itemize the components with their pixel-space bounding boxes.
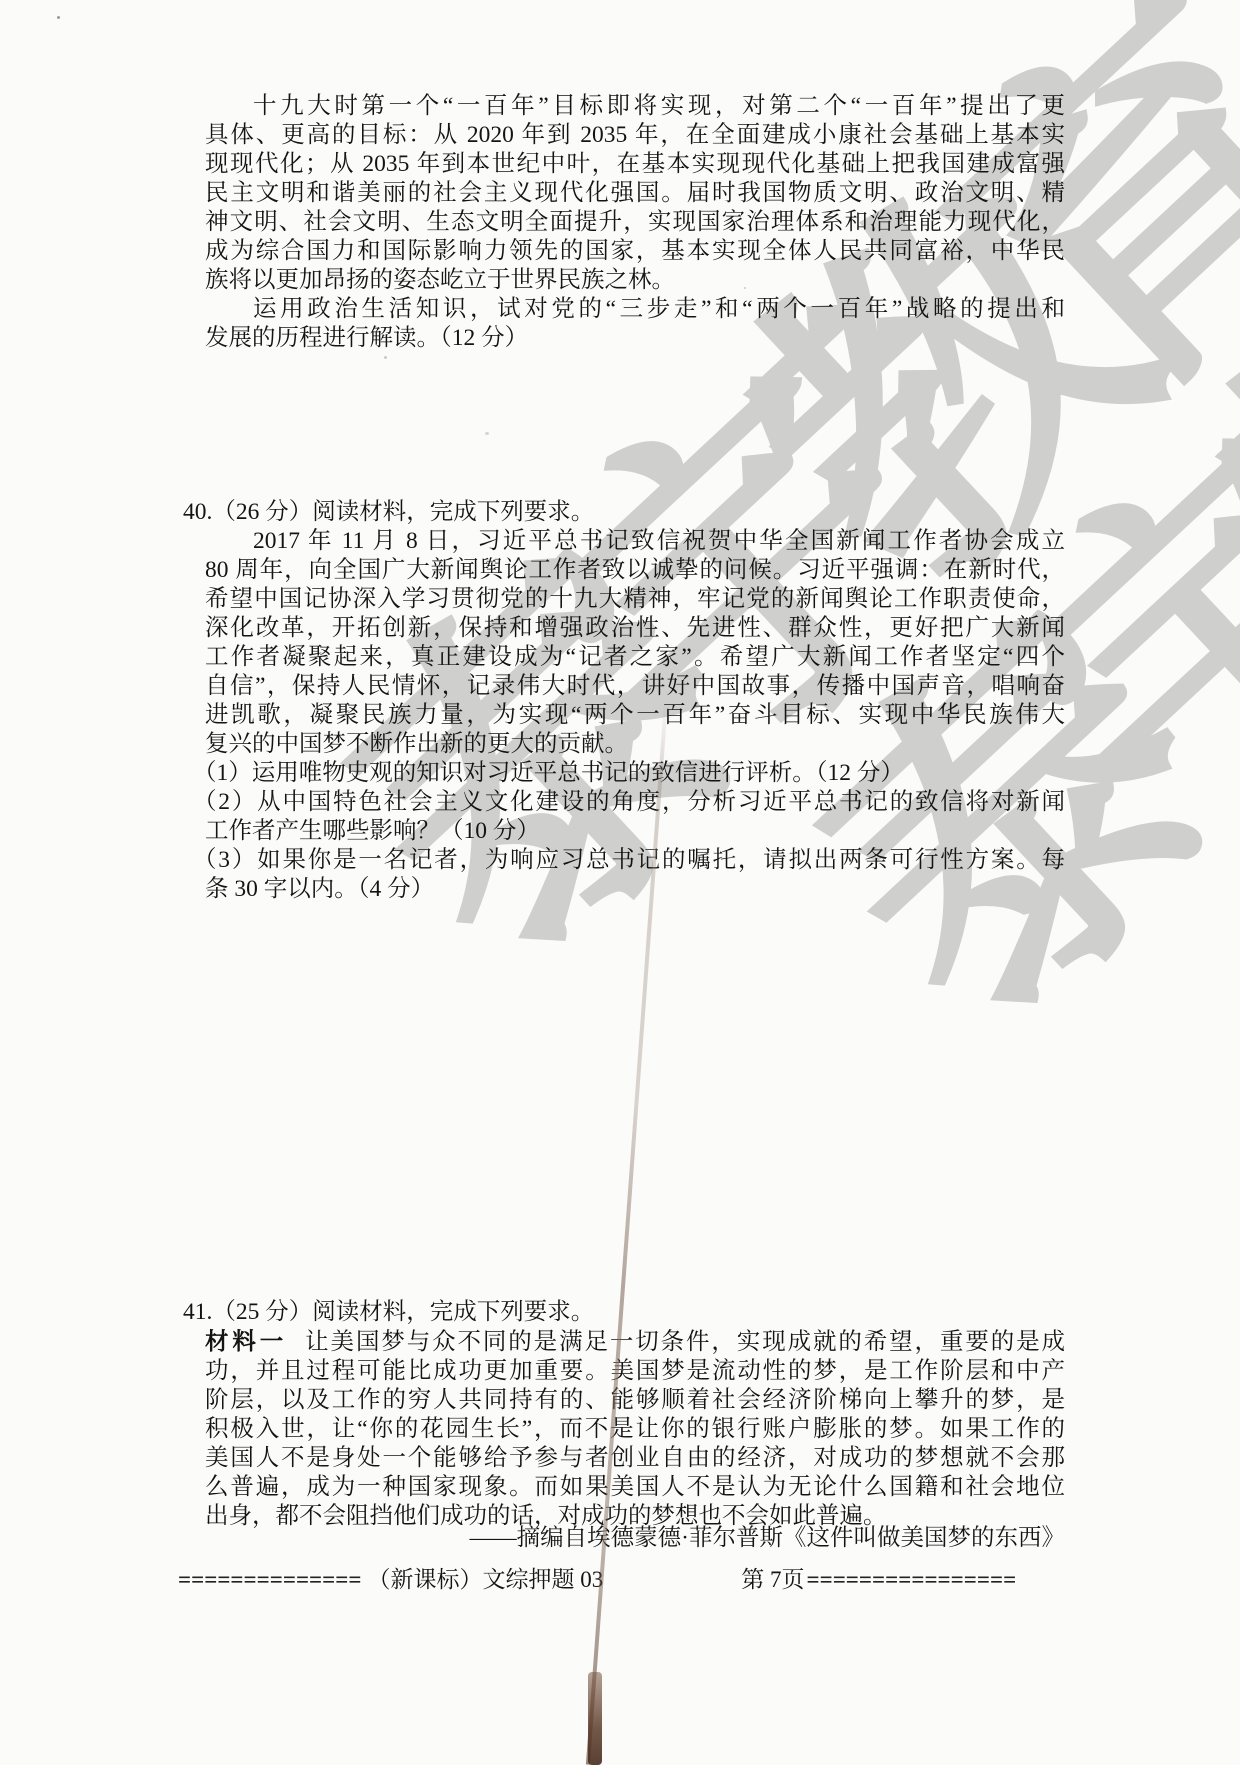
text-line: （2）从中国特色社会主义文化建设的角度，分析习近平总书记的致信将对新闻 [193,788,1065,817]
text-line: 功，并且过程可能比成功更加重要。美国梦是流动性的梦，是工作阶层和中产 [205,1357,1065,1386]
text-line: （1）运用唯物史观的知识对习近平总书记的致信进行评析。（12 分） [193,759,1065,788]
question-41-heading: 41.（25 分）阅读材料，完成下列要求。 [183,1298,1065,1327]
text-line: 自信”，保持人民情怀，记录伟大时代，讲好中国故事，传播中国声音，唱响奋 [205,672,1065,701]
text-line: 工作者凝聚起来，真正建设成为“记者之家”。希望广大新闻工作者坚定“四个 [205,643,1065,672]
intro-paragraph: 十九大时第一个“一百年”目标即将实现，对第二个“一百年”提出了更具体、更高的目标… [205,92,1065,353]
question-40-heading: 40.（26 分）阅读材料，完成下列要求。 [183,498,1065,527]
footer-left-rule: ============== [178,1566,361,1594]
text-line: 民主文明和谐美丽的社会主义现代化强国。届时我国物质文明、政治文明、精 [205,179,1065,208]
text-line: 阶层，以及工作的穷人共同持有的、能够顺着社会经济阶梯向上攀升的梦，是 [205,1386,1065,1415]
material-one-first-line: 材料一让美国梦与众不同的是满足一切条件，实现成就的希望，重要的是成 [205,1327,1065,1357]
text-line: 神文明、社会文明、生态文明全面提升，实现国家治理体系和治理能力现代化， [205,208,1065,237]
footer-exam-label: （新课标）文综押题 03 [367,1566,603,1594]
text-line: 族将以更加昂扬的姿态屹立于世界民族之林。 [205,266,1065,295]
scan-crease-dark-blob [588,1672,602,1765]
text-line: 积极入世，让“你的花园生长”，而不是让你的银行账户膨胀的梦。如果工作的 [205,1415,1065,1444]
text-line: 条 30 字以内。（4 分） [205,875,1065,904]
text-line: （3）如果你是一名记者，为响应习总书记的嘱托，请拟出两条可行性方案。每 [193,846,1065,875]
text-line: 美国人不是身处一个能够给予参与者创业自由的经济，对成功的梦想就不会那 [205,1444,1065,1473]
material-one-label: 材料一 [205,1327,287,1355]
text-line: 么普遍，成为一种国家现象。而如果美国人不是认为无论什么国籍和社会地位 [205,1473,1065,1502]
text-line: 希望中国记协深入学习贯彻党的十九大精神，牢记党的新闻舆论工作职责使命， [205,585,1065,614]
text-line: 成为综合国力和国际影响力领先的国家，基本实现全体人民共同富裕，中华民 [205,237,1065,266]
document-page: 十九大时第一个“一百年”目标即将实现，对第二个“一百年”提出了更具体、更高的目标… [0,0,1240,1765]
text-line: 具体、更高的目标：从 2020 年到 2035 年，在全面建成小康社会基础上基本… [205,121,1065,150]
text-line: 十九大时第一个“一百年”目标即将实现，对第二个“一百年”提出了更 [205,92,1065,121]
text-line: 复兴的中国梦不断作出新的更大的贡献。 [205,730,1065,759]
text-line: 现现代化；从 2035 年到本世纪中叶，在基本实现现代化基础上把我国建成富强 [205,150,1065,179]
page-footer: ============== （新课标）文综押题 03 第 7页 =======… [178,1566,1070,1594]
text-line: 进凯歌，凝聚民族力量，为实现“两个一百年”奋斗目标、实现中华民族伟大 [205,701,1065,730]
material-one-first-text: 让美国梦与众不同的是满足一切条件，实现成就的希望，重要的是成 [305,1329,1065,1355]
question-40-material: 2017 年 11 月 8 日，习近平总书记致信祝贺中华全国新闻工作者协会成立8… [205,527,1065,759]
text-line: 80 周年，向全国广大新闻舆论工作者致以诚挚的问候。习近平强调：在新时代， [205,556,1065,585]
question-40-subquestions: （1）运用唯物史观的知识对习近平总书记的致信进行评析。（12 分）（2）从中国特… [205,759,1065,904]
footer-page-number: 第 7页 [741,1566,804,1594]
text-line: 深化改革，开拓创新，保持和增强政治性、先进性、群众性，更好把广大新闻 [205,614,1065,643]
material-one-lines: 功，并且过程可能比成功更加重要。美国梦是流动性的梦，是工作阶层和中产阶层，以及工… [205,1357,1065,1531]
material-one-attribution: ——摘编自埃德蒙德·菲尔普斯《这件叫做美国梦的东西》 [205,1524,1065,1553]
footer-right-rule: ================ [806,1566,1016,1594]
text-line: 发展的历程进行解读。（12 分） [205,324,1065,353]
text-line: 工作者产生哪些影响？（10 分） [205,817,1065,846]
question-41-material: 材料一让美国梦与众不同的是满足一切条件，实现成就的希望，重要的是成 功，并且过程… [205,1327,1065,1531]
text-line: 2017 年 11 月 8 日，习近平总书记致信祝贺中华全国新闻工作者协会成立 [205,527,1065,556]
text-line: 运用政治生活知识，试对党的“三步走”和“两个一百年”战略的提出和 [205,295,1065,324]
